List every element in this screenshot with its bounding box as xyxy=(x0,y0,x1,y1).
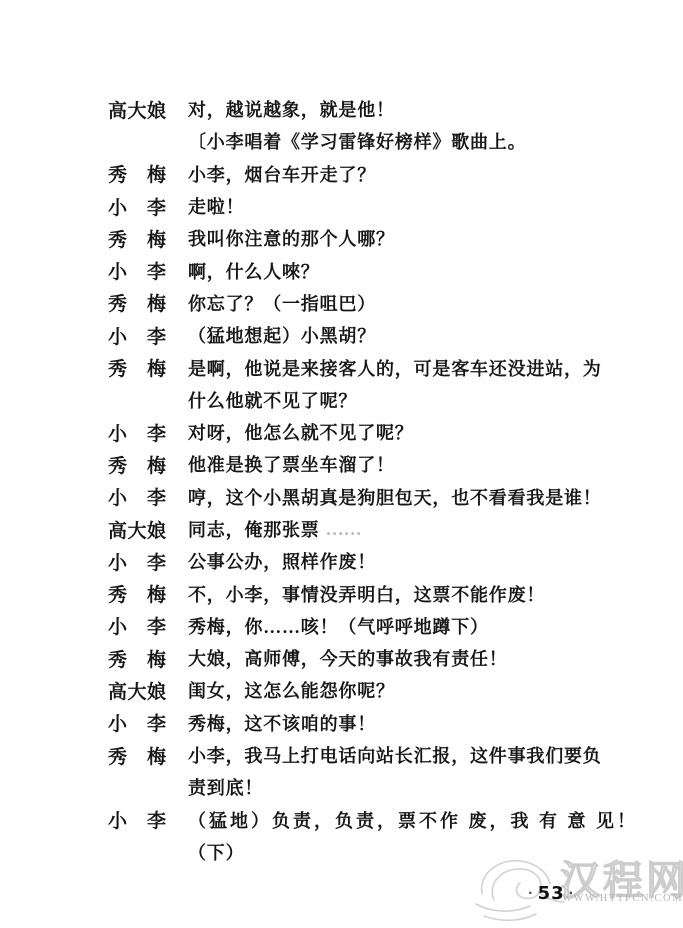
dialogue-text: 走啦！ xyxy=(188,193,244,219)
speaker-name: 秀 梅 xyxy=(108,354,170,381)
page-number: ·53· xyxy=(524,883,578,904)
dialogue-text: 同志，俺那张票 xyxy=(188,516,320,542)
script-line: 秀 梅 我叫你注意的那个人哪？ xyxy=(108,222,653,254)
dialogue-text: （猛地）负责，负责，票不作 废，我 有 意 见！ xyxy=(188,807,638,833)
script-line: 小 李 （猛地想起）小黑胡？ xyxy=(108,319,653,351)
faded-ellipsis: …… xyxy=(326,519,362,540)
script-line: 高大娘 闺女，这怎么能怨你呢？ xyxy=(108,674,653,706)
speaker-name: 秀 梅 xyxy=(108,742,170,769)
speaker-name: 秀 梅 xyxy=(108,225,170,252)
dialogue-text: 小李，我马上打电话向站长汇报，这件事我们要负 xyxy=(188,742,602,768)
script-line: 秀 梅 是啊，他说是来接客人的，可是客车还没进站，为 xyxy=(108,351,653,383)
speaker-name: 秀 梅 xyxy=(108,580,170,607)
dialogue-text: 对，越说越象，就是他！ xyxy=(188,96,395,122)
speaker-name: 小 李 xyxy=(108,483,170,510)
script-line: 小 李 公事公办，照样作废！ xyxy=(108,545,653,577)
dialogue-text: 秀梅，你……咳！（气呼呼地蹲下） xyxy=(188,613,489,639)
script-line-continuation: 什么他就不见了呢？ xyxy=(108,384,653,416)
speaker-name: 小 李 xyxy=(108,612,170,639)
speaker-name: 小 李 xyxy=(108,322,170,349)
script-line: 小 李 哼，这个小黑胡真是狗胆包天，也不看看我是谁！ xyxy=(108,481,653,513)
dialogue-text: 大娘，高师傅，今天的事故我有责任！ xyxy=(188,645,508,671)
stage-direction-line: 〔小李唱着《学习雷锋好榜样》歌曲上。 xyxy=(108,125,653,157)
script-line: 小 李 （猛地）负责，负责，票不作 废，我 有 意 见！ xyxy=(108,804,653,836)
speaker-name: 小 李 xyxy=(108,548,170,575)
dialogue-text: 我叫你注意的那个人哪？ xyxy=(188,225,395,251)
script-line: 秀 梅 小李，我马上打电话向站长汇报，这件事我们要负 xyxy=(108,739,653,771)
speaker-name: 秀 梅 xyxy=(108,160,170,187)
script-line: 秀 梅 你忘了？（一指咀巴） xyxy=(108,287,653,319)
stage-direction-text: 〔小李唱着《学习雷锋好榜样》歌曲上。 xyxy=(188,128,526,154)
dialogue-text: 不，小李，事情没弄明白，这票不能作废！ xyxy=(188,581,545,607)
dialogue-text: 秀梅，这不该咱的事！ xyxy=(188,710,376,736)
speaker-name: 秀 梅 xyxy=(108,289,170,316)
script-line: 高大娘 对，越说越象，就是他！ xyxy=(108,93,653,125)
speaker-name: 高大娘 xyxy=(108,516,170,543)
dialogue-text: 哼，这个小黑胡真是狗胆包天，也不看看我是谁！ xyxy=(188,484,602,510)
dialogue-text: （猛地想起）小黑胡？ xyxy=(188,322,376,348)
speaker-name: 小 李 xyxy=(108,709,170,736)
script-line: 秀 梅 大娘，高师傅，今天的事故我有责任！ xyxy=(108,642,653,674)
speaker-name: 小 李 xyxy=(108,193,170,220)
dialogue-text: 什么他就不见了呢？ xyxy=(188,387,357,413)
dialogue-text: 小李，烟台车开走了？ xyxy=(188,161,376,187)
speaker-name: 秀 梅 xyxy=(108,645,170,672)
script-line-continuation: （下） xyxy=(108,836,653,868)
script-line: 小 李 秀梅，你……咳！（气呼呼地蹲下） xyxy=(108,610,653,642)
dialogue-text: 闺女，这怎么能怨你呢？ xyxy=(188,677,395,703)
speaker-name: 小 李 xyxy=(108,806,170,833)
script-line: 高大娘 同志，俺那张票 …… xyxy=(108,513,653,545)
dialogue-text: 他准是换了票坐车溜了！ xyxy=(188,451,395,477)
page-number-left-dot: · xyxy=(524,886,538,900)
speaker-name: 秀 梅 xyxy=(108,451,170,478)
script-line-continuation: 责到底！ xyxy=(108,771,653,803)
script-line: 小 李 对呀，他怎么就不见了呢？ xyxy=(108,416,653,448)
watermark-url: WWW.HTTPCN.COM xyxy=(562,893,683,904)
dialogue-text: 对呀，他怎么就不见了呢？ xyxy=(188,419,414,445)
script-line: 秀 梅 他准是换了票坐车溜了！ xyxy=(108,448,653,480)
dialogue-text: 公事公办，照样作废！ xyxy=(188,548,376,574)
script-line: 小 李 秀梅，这不该咱的事！ xyxy=(108,707,653,739)
speaker-name: 小 李 xyxy=(108,419,170,446)
script-line: 小 李 啊，什么人唻？ xyxy=(108,254,653,286)
dialogue-text: 你忘了？（一指咀巴） xyxy=(188,290,376,316)
speaker-name: 高大娘 xyxy=(108,96,170,123)
speaker-name: 高大娘 xyxy=(108,677,170,704)
stage-direction-text: （下） xyxy=(188,839,244,865)
page-number-right-dot: · xyxy=(565,886,579,900)
dialogue-text: 啊，什么人唻？ xyxy=(188,258,320,284)
page-number-value: 53 xyxy=(538,883,565,904)
script-line: 秀 梅 小李，烟台车开走了？ xyxy=(108,158,653,190)
script-body: 高大娘 对，越说越象，就是他！ 〔小李唱着《学习雷锋好榜样》歌曲上。 秀 梅 小… xyxy=(108,93,653,868)
dialogue-text: 是啊，他说是来接客人的，可是客车还没进站，为 xyxy=(188,355,602,381)
script-line: 小 李 走啦！ xyxy=(108,190,653,222)
script-line: 秀 梅 不，小李，事情没弄明白，这票不能作废！ xyxy=(108,577,653,609)
dialogue-text: 责到底！ xyxy=(188,774,263,800)
scanned-script-page: 高大娘 对，越说越象，就是他！ 〔小李唱着《学习雷锋好榜样》歌曲上。 秀 梅 小… xyxy=(0,0,683,928)
speaker-name: 小 李 xyxy=(108,257,170,284)
